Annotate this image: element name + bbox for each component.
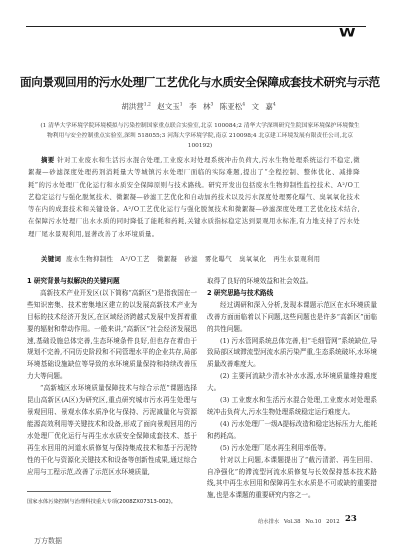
paragraph: “高新城区水环境质量保障技术与综合示范”课题选择昆山高新区(A区)为研究区,重点… bbox=[27, 383, 197, 478]
author: 赵文玉1 bbox=[157, 102, 182, 111]
list-item: (4) 污水处理厂一级A提标改造和稳定达标压力大,能耗和药耗高。 bbox=[207, 419, 377, 443]
section-heading: 2 研究思路与技术路线 bbox=[207, 288, 377, 300]
author-list: 胡洪营1,2 赵文玉1 李 林3 陈亚松4 文 嘉4 bbox=[20, 101, 377, 112]
author: 胡洪营1,2 bbox=[121, 102, 151, 111]
journal-logo-icon: W bbox=[339, 26, 353, 40]
journal-year: 2012 bbox=[326, 519, 339, 525]
keywords-label: 关键词 bbox=[41, 255, 61, 263]
keyword: 微絮凝 bbox=[157, 255, 177, 263]
journal-info: 给水排水 Vol.38 No.10 2012 bbox=[258, 517, 340, 525]
list-item: (5) 污水处理厂尾水再生利用率低等。 bbox=[207, 443, 377, 455]
list-item: (2) 主要河流缺少清水补水水源,水环境质量维持难度大。 bbox=[207, 371, 377, 395]
keyword: A²/O工艺 bbox=[120, 255, 149, 263]
journal-number: No.10 bbox=[305, 519, 321, 525]
journal-volume: Vol.38 bbox=[284, 519, 301, 525]
abstract: 摘要 针对工业废水和生活污水混合处理,工业废水对处理系统冲击负荷大,污水生物处理… bbox=[28, 154, 360, 240]
paragraph: 取得了良好的环境效益和社会效益。 bbox=[207, 276, 377, 288]
keyword: 砂滤 bbox=[184, 255, 197, 263]
author: 文 嘉4 bbox=[251, 102, 275, 111]
left-column: 1 研究背景与拟解决的关键问题 高新技术产业开发区(以下简称“高新区”)是指我国… bbox=[27, 276, 197, 478]
section-heading: 1 研究背景与拟解决的关键问题 bbox=[27, 276, 197, 288]
affiliations: (1 清华大学环境学院环境模拟与污染控制国家重点联合实验室,北京 100084;… bbox=[40, 121, 360, 151]
footnote: 国家水体污染控制与治理科技重大专项(2008ZX07313-002)。 bbox=[27, 497, 202, 505]
footnote-rule bbox=[27, 491, 111, 492]
paragraph: 针对以上问题,本课题提出了“截污清淤、再生回用、自净强化”的滞流型河流水质修复与… bbox=[207, 455, 377, 503]
right-column: 取得了良好的环境效益和社会效益。 2 研究思路与技术路线 经过调研和深入分析,发… bbox=[207, 276, 377, 502]
abstract-text: 针对工业废水和生活污水混合处理,工业废水对处理系统冲击负荷大,污水生物处理系统运… bbox=[28, 156, 360, 238]
list-item: (1) 污水管网系统总体完善,但“毛细管网”系统缺位,导致局部区域滞流型河流水质… bbox=[207, 336, 377, 372]
article-title: 面向景观回用的污水处理厂工艺优化与水质安全保障成套技术研究与示范 bbox=[20, 74, 377, 90]
keyword: 臭氧氧化 bbox=[239, 255, 266, 263]
header-rule bbox=[26, 26, 366, 27]
keyword: 雾化曝气 bbox=[205, 255, 232, 263]
paragraph: 经过调研和深入分析,发现本课题示范区在水环境质量改善方面面临着以下问题,这些问题… bbox=[207, 300, 377, 336]
list-item: (3) 工业废水和生活污水混合处理,工业废水对处理系统冲击负荷大,污水生物处理系… bbox=[207, 395, 377, 419]
paragraph: 高新技术产业开发区(以下简称“高新区”)是指我国在一些知识密集、技术密集地区建立… bbox=[27, 288, 197, 383]
keyword: 废水生物抑制性 bbox=[66, 255, 113, 263]
keywords: 关键词 废水生物抑制性 A²/O工艺 微絮凝 砂滤 雾化曝气 臭氧氧化 再生水景… bbox=[28, 253, 360, 265]
abstract-label: 摘要 bbox=[41, 156, 55, 164]
author: 陈亚松4 bbox=[220, 102, 245, 111]
page-number: 23 bbox=[345, 514, 357, 524]
watermark: 万方数据 bbox=[34, 536, 62, 546]
author: 李 林3 bbox=[189, 102, 213, 111]
keyword: 再生水景观利用 bbox=[273, 255, 320, 263]
journal-name: 给水排水 bbox=[258, 519, 279, 525]
